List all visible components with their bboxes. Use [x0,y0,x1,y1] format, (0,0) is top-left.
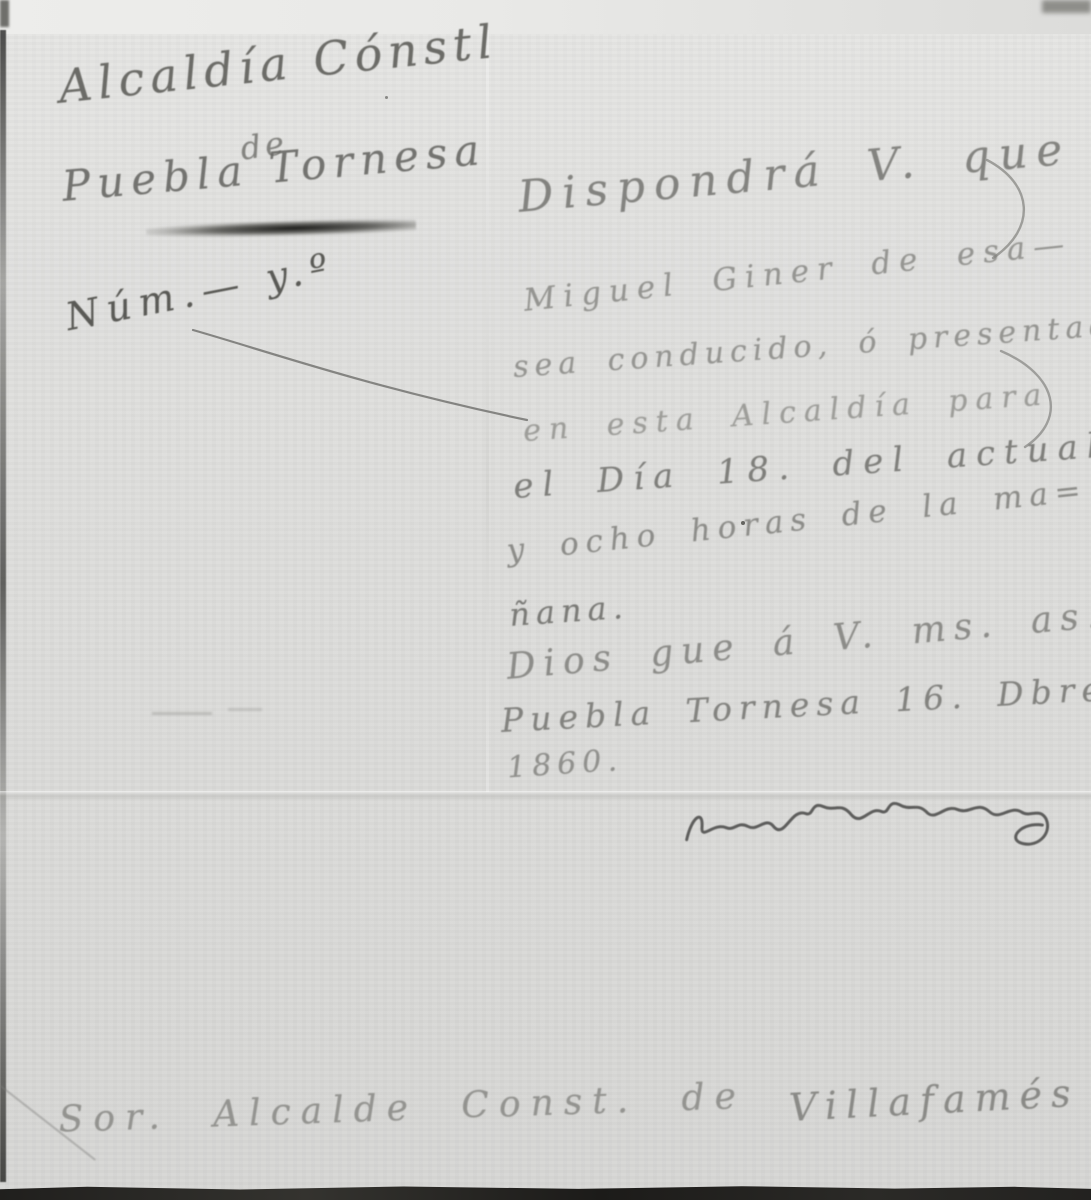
faint-smudge-dash [228,708,262,711]
scan-top-band [0,0,1091,34]
scan-left-edge [0,30,6,1182]
faint-smudge-dash [152,712,212,715]
number-line-descender-flourish [175,318,555,433]
pen-flourish-arc [975,158,1045,263]
ink-speck [741,521,745,525]
pen-flourish-arc [995,345,1075,453]
signature-rubric [670,762,1075,883]
ink-speck [385,96,388,99]
scanned-letter-page: Alcaldía Cónstl de Puebla Tornesa Núm.— … [0,0,1091,1200]
scan-top-right-smudge [1042,0,1091,13]
scan-top-left-mark [0,0,9,27]
